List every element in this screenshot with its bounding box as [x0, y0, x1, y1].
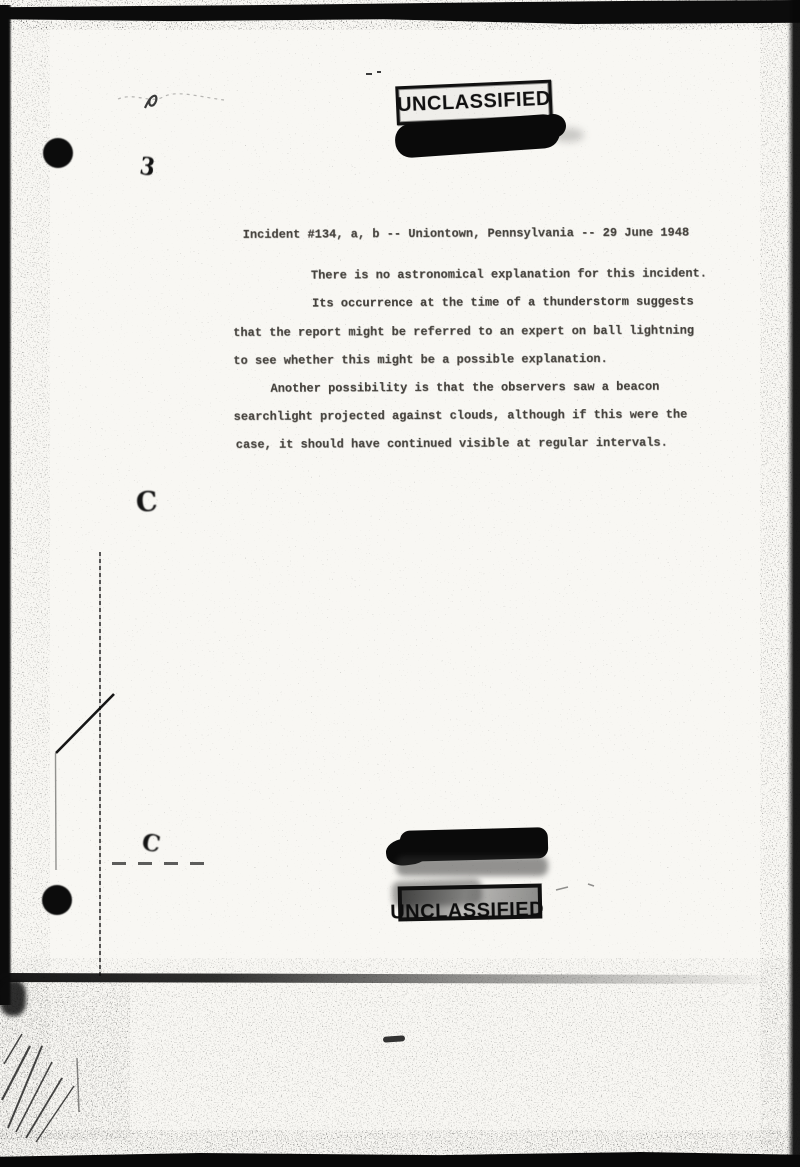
small-ink-dash [383, 1035, 405, 1043]
document-line: that the report might be referred to an … [233, 323, 694, 339]
faint-dash-marks-bottom [556, 884, 594, 890]
document-line: Its occurrence at the time of a thunders… [312, 294, 694, 310]
faint-vertical-crease [56, 753, 57, 870]
unclassified-stamp-bottom-label: UNCLASSIFIED [390, 898, 544, 924]
typewritten-text-block: Incident #134, a, b -- Uniontown, Pennsy… [0, 0, 800, 602]
unclassified-stamp-bottom: UNCLASSIFIED [398, 883, 543, 921]
small-scratch [77, 1058, 79, 1112]
hole-punch-bottom [42, 885, 72, 915]
bottom-left-scratch-fan [2, 1034, 74, 1142]
page-bottom-edge [0, 973, 772, 984]
scanned-document-page: 3 C C UNCLASSIFIED Incident #134, a, b -… [0, 0, 800, 1167]
document-heading: Incident #134, a, b -- Uniontown, Pennsy… [243, 225, 690, 241]
document-line: to see whether this might be a possible … [233, 352, 608, 368]
horizontal-dash-marks [112, 862, 216, 865]
document-line: Another possibility is that the observer… [270, 380, 659, 396]
bottom-left-ink-blob [0, 980, 26, 1016]
document-line: searchlight projected against clouds, al… [234, 407, 688, 423]
margin-ink-mark-bottom: C [140, 831, 162, 857]
scan-border-bottom [0, 1150, 800, 1167]
redaction-smudge [396, 856, 548, 876]
document-line: There is no astronomical explanation for… [311, 266, 707, 282]
diagonal-crease-line [56, 694, 114, 753]
document-line: case, it should have continued visible a… [236, 436, 668, 452]
vertical-fold-line [99, 552, 101, 976]
